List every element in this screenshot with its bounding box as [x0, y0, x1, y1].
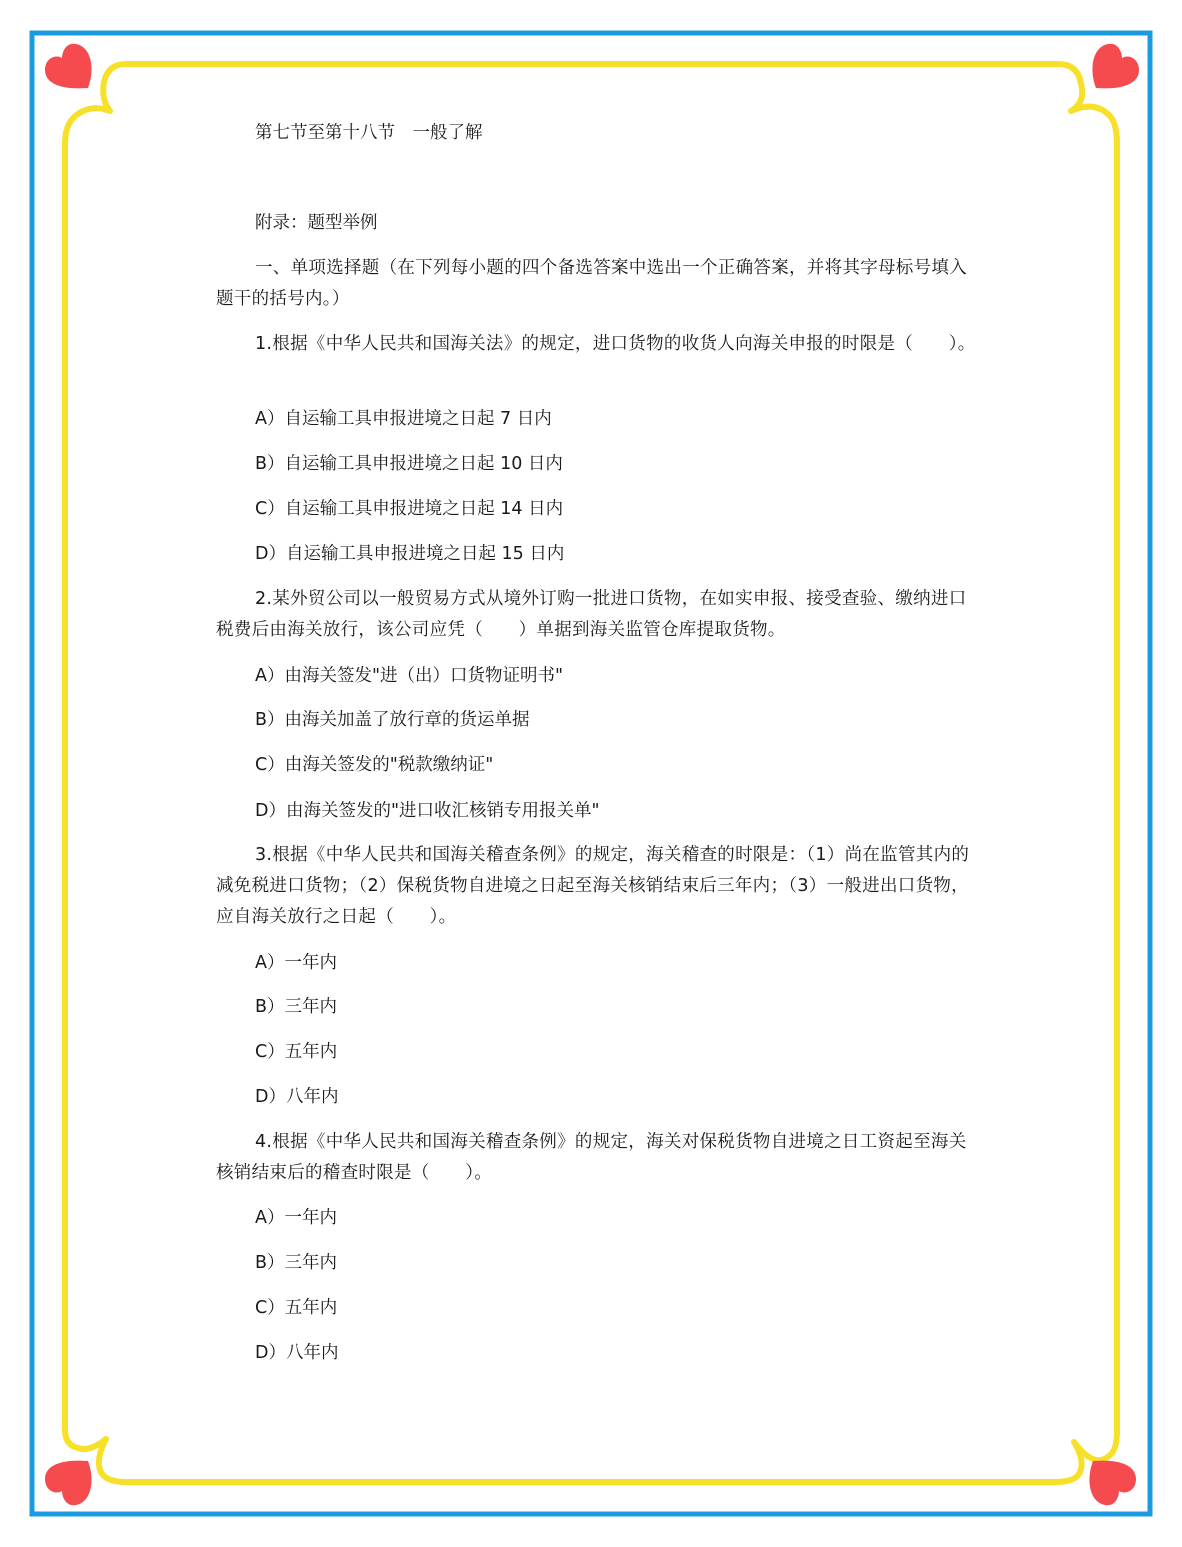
question-stem: 2.某外贸公司以一般贸易方式从境外订购一批进口货物，在如实申报、接受查验、缴纳进…	[216, 584, 976, 646]
question-4: 4.根据《中华人民共和国海关稽查条例》的规定，海关对保税货物自进境之日工资起至海…	[216, 1127, 976, 1189]
question-stem: 3.根据《中华人民共和国海关稽查条例》的规定，海关稽查的时限是：（1）尚在监管其…	[216, 840, 976, 933]
question-3: 3.根据《中华人民共和国海关稽查条例》的规定，海关稽查的时限是：（1）尚在监管其…	[216, 840, 976, 933]
question-3-option-d: D）八年内	[255, 1082, 338, 1113]
question-1-option-b: B）自运输工具申报进境之日起 10 日内	[255, 449, 563, 480]
question-stem: 4.根据《中华人民共和国海关稽查条例》的规定，海关对保税货物自进境之日工资起至海…	[216, 1127, 976, 1189]
question-1-option-a: A）自运输工具申报进境之日起 7 日内	[255, 404, 552, 435]
question-4-option-a: A）一年内	[255, 1203, 337, 1234]
section-heading: 一、单项选择题（在下列每小题的四个备选答案中选出一个正确答案，并将其字母标号填入…	[216, 253, 976, 315]
question-4-option-c: C）五年内	[255, 1293, 337, 1324]
question-3-option-c: C）五年内	[255, 1037, 337, 1068]
heart-icon-bottom-left	[45, 1461, 92, 1506]
heart-icon-top-right	[1092, 44, 1139, 89]
question-2: 2.某外贸公司以一般贸易方式从境外订购一批进口货物，在如实申报、接受查验、缴纳进…	[216, 584, 976, 646]
question-4-option-b: B）三年内	[255, 1248, 337, 1279]
heart-icon-bottom-right	[1089, 1461, 1136, 1506]
question-stem: 1.根据《中华人民共和国海关法》的规定，进口货物的收货人向海关申报的时限是（ ）…	[216, 329, 976, 360]
question-1-option-d: D）自运输工具申报进境之日起 15 日内	[255, 539, 564, 570]
section-heading-block: 一、单项选择题（在下列每小题的四个备选答案中选出一个正确答案，并将其字母标号填入…	[216, 253, 976, 315]
question-2-option-d: D）由海关签发的"进口收汇核销专用报关单"	[255, 796, 600, 827]
question-2-option-a: A）由海关签发"进（出）口货物证明书"	[255, 661, 563, 692]
question-2-option-b: B）由海关加盖了放行章的货运单据	[255, 705, 530, 736]
page-title: 第七节至第十八节 一般了解	[255, 118, 483, 149]
question-3-option-b: B）三年内	[255, 992, 337, 1023]
question-2-option-c: C）由海关签发的"税款缴纳证"	[255, 750, 493, 781]
heart-icon-top-left	[45, 44, 92, 89]
question-3-option-a: A）一年内	[255, 948, 337, 979]
appendix-label: 附录：题型举例	[255, 208, 378, 239]
question-1-option-c: C）自运输工具申报进境之日起 14 日内	[255, 494, 563, 525]
question-4-option-d: D）八年内	[255, 1338, 338, 1369]
page-frame	[0, 0, 1182, 1547]
question-1: 1.根据《中华人民共和国海关法》的规定，进口货物的收货人向海关申报的时限是（ ）…	[216, 329, 976, 360]
